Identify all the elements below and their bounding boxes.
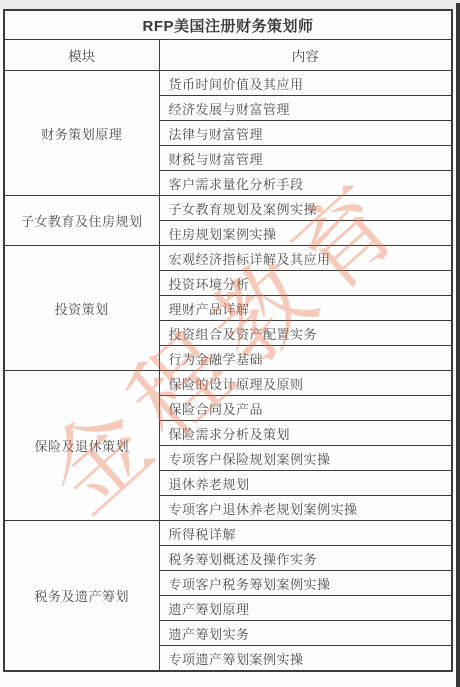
table-row: RFP美国注册财务策划师 xyxy=(4,10,452,40)
content-cell: 子女教育规划及案例实操 xyxy=(159,196,452,221)
content-cell: 专项客户税务筹划案例实操 xyxy=(159,571,452,596)
content-cell: 货币时间价值及其应用 xyxy=(159,71,452,96)
curriculum-table: RFP美国注册财务策划师 模块 内容 财务策划原理 货币时间价值及其应用 经济发… xyxy=(3,9,453,672)
content-cell: 住房规划案例实操 xyxy=(159,221,452,246)
top-edge-strip xyxy=(0,0,460,9)
module-cell-investment-planning: 投资策划 xyxy=(4,246,159,371)
module-cell-financial-planning-principles: 财务策划原理 xyxy=(4,71,159,196)
content-cell: 保险需求分析及策划 xyxy=(159,421,452,446)
content-cell: 专项客户保险规划案例实操 xyxy=(159,446,452,471)
content-cell: 保险合同及产品 xyxy=(159,396,452,421)
content-cell: 行为金融学基础 xyxy=(159,346,452,371)
content-cell: 遗产筹划实务 xyxy=(159,621,452,646)
table-row: 模块 内容 xyxy=(4,40,452,71)
column-header-module: 模块 xyxy=(4,40,159,71)
content-cell: 理财产品详解 xyxy=(159,296,452,321)
page-title: RFP美国注册财务策划师 xyxy=(4,10,452,40)
table-row: 税务及遗产筹划 所得税详解 xyxy=(4,521,452,546)
content-cell: 财税与财富管理 xyxy=(159,146,452,171)
table-row: 保险及退休策划 保险的设计原理及原则 xyxy=(4,371,452,396)
content-cell: 税务筹划概述及操作实务 xyxy=(159,546,452,571)
content-cell: 投资组合及资产配置实务 xyxy=(159,321,452,346)
content-cell: 专项客户退休养老规划案例实操 xyxy=(159,496,452,521)
module-cell-children-education-housing: 子女教育及住房规划 xyxy=(4,196,159,246)
screenshot-root: 金程教育 RFP美国注册财务策划师 模块 内容 财务策划原理 货币时间价值及其应… xyxy=(0,0,460,687)
content-cell: 所得税详解 xyxy=(159,521,452,546)
table-row: 子女教育及住房规划 子女教育规划及案例实操 xyxy=(4,196,452,221)
module-cell-tax-estate: 税务及遗产筹划 xyxy=(4,521,159,672)
content-cell: 法律与财富管理 xyxy=(159,121,452,146)
content-cell: 保险的设计原理及原则 xyxy=(159,371,452,396)
table-row: 投资策划 宏观经济指标详解及其应用 xyxy=(4,246,452,271)
content-cell: 客户需求量化分析手段 xyxy=(159,171,452,196)
content-cell: 投资环境分析 xyxy=(159,271,452,296)
module-cell-insurance-retirement: 保险及退休策划 xyxy=(4,371,159,521)
right-edge-strip xyxy=(456,3,460,687)
content-cell: 宏观经济指标详解及其应用 xyxy=(159,246,452,271)
content-cell: 专项遗产筹划案例实操 xyxy=(159,646,452,672)
content-cell: 经济发展与财富管理 xyxy=(159,96,452,121)
table-row: 财务策划原理 货币时间价值及其应用 xyxy=(4,71,452,96)
content-cell: 遗产筹划原理 xyxy=(159,596,452,621)
content-cell: 退休养老规划 xyxy=(159,471,452,496)
column-header-content: 内容 xyxy=(159,40,452,71)
